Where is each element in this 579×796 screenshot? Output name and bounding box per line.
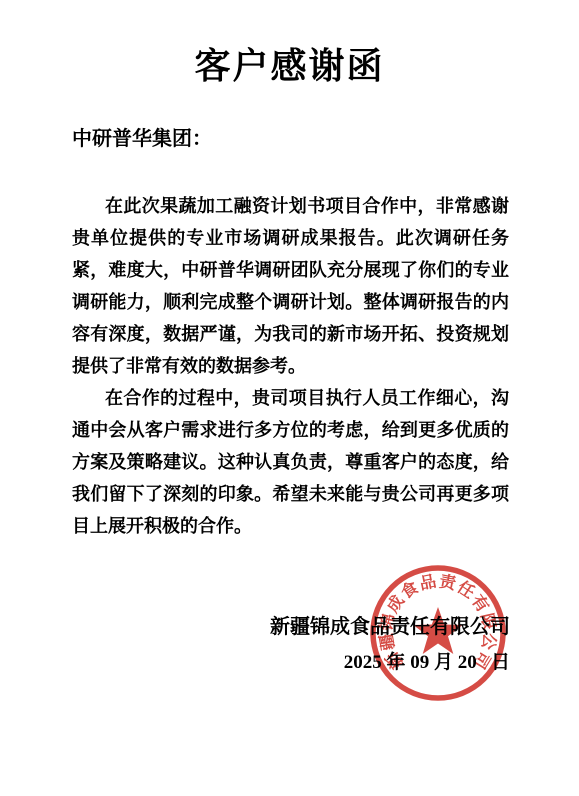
salutation: 中研普华集团： [72, 124, 212, 154]
signature-company: 新疆锦成食品责任有限公司 [270, 611, 510, 644]
paragraph-2: 在合作的过程中，贵司项目执行人员工作细心，沟通中会从客户需求进行多方位的考虑，给… [72, 382, 509, 542]
signature-date: 2025 年 09 月 20 日 [270, 644, 510, 681]
letter-title: 客户感谢函 [0, 42, 579, 90]
signature-block: 新疆锦成食品责任有限公司 2025 年 09 月 20 日 [270, 611, 510, 681]
letter-body: 在此次果蔬加工融资计划书项目合作中，非常感谢贵单位提供的专业市场调研成果报告。此… [72, 190, 509, 542]
paragraph-1: 在此次果蔬加工融资计划书项目合作中，非常感谢贵单位提供的专业市场调研成果报告。此… [72, 190, 509, 382]
letter-page: 客户感谢函 中研普华集团： 在此次果蔬加工融资计划书项目合作中，非常感谢贵单位提… [0, 0, 579, 796]
